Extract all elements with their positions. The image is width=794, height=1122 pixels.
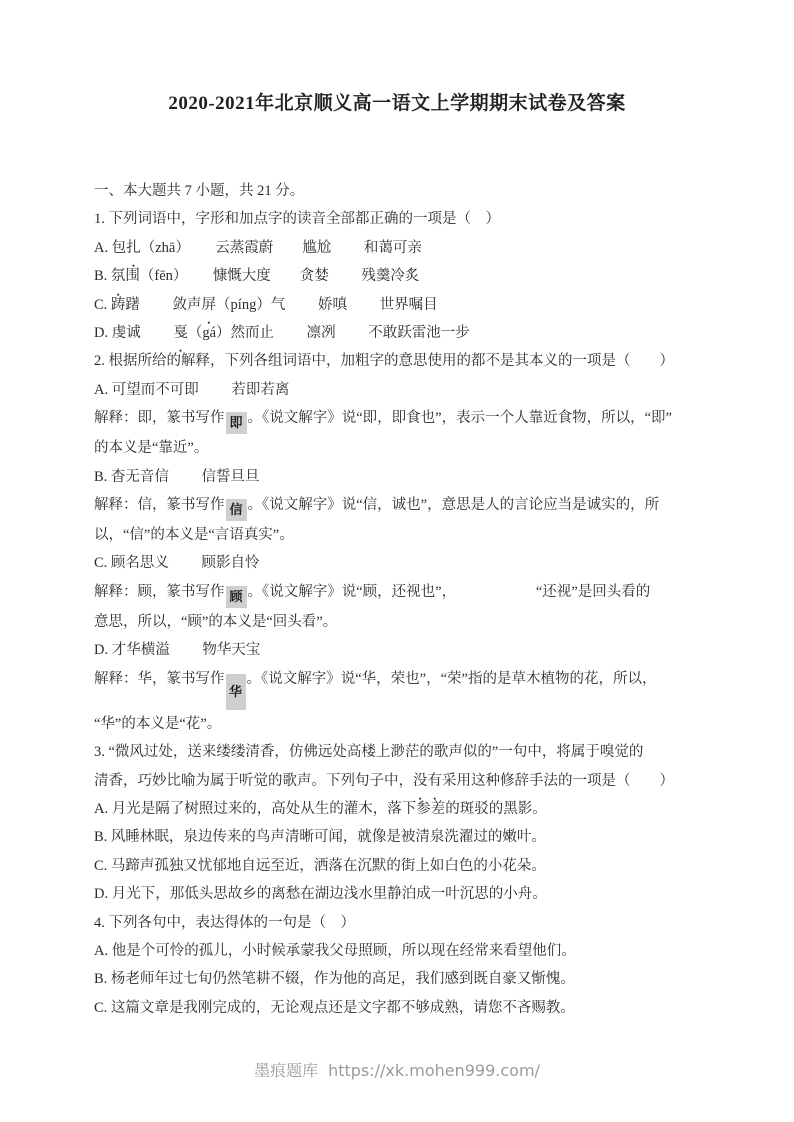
text-run: C. 这篇文章是我刚完成的，无论观点还是文字都不够成熟，请您不吝赐教。 xyxy=(94,1000,575,1016)
question-1-option-c: C. 踌躇 敛声屏（píng）气 娇嗔 世界嘱目 xyxy=(94,291,704,319)
seal-script-image-信: 信 xyxy=(226,499,247,521)
text-run: （zhā） 云蒸霞蔚 尴尬 和蔼可亲 xyxy=(141,240,422,256)
question-3-option-a: A. 月光是隔了树照过来的，高处从生的灌木，落下参差的斑驳的黑影。 xyxy=(94,795,704,823)
explanation-xin-line-2: 以，“信”的本义是“言语真实”。 xyxy=(94,521,704,549)
question-3-option-c: C. 马蹄声孤独又忧郁地自远至近，洒落在沉默的街上如白色的小花朵。 xyxy=(94,852,704,880)
question-3-stem-line-1: 3. “微风过处，送来缕缕清香，仿佛远处高楼上渺茫的歌声似的”一句中，将属于嗅觉… xyxy=(94,738,704,766)
explanation-ji-line-1: 解释：即，篆书写作即。《说文解字》说“即，即食也”，表示一个人靠近食物，所以，“… xyxy=(94,404,704,434)
text-run: A. 可望而不可即 若即若离 xyxy=(94,382,289,398)
text-run: D. 才华横溢 物华天宝 xyxy=(94,642,260,658)
text-run: 1. 下列词语中，字形和加点字的读音全部都正确的一项是（ ） xyxy=(94,211,500,227)
text-run: D. 虔诚 xyxy=(94,325,173,341)
explanation-xin-line-1: 解释：信，篆书写作信。《说文解字》说“信，诚也”，意思是人的言论应当是诚实的，所 xyxy=(94,491,704,521)
text-run: 采用这种修辞手法的一项是（ ） xyxy=(442,773,674,789)
emphasis-dot-char: 戛 xyxy=(173,319,188,347)
footer-site-name: 墨痕题库 xyxy=(254,1061,318,1080)
text-run: 的本义是“靠近”。 xyxy=(94,440,208,456)
text-run: “华”的本义是“花”。 xyxy=(94,716,221,732)
text-run: 。《说文解字》说“信，诚也”，意思是人的言论应当是诚实的，所 xyxy=(248,497,660,513)
question-2-option-c: C. 顾名思义 顾影自怜 xyxy=(94,549,704,577)
question-1-option-d: D. 虔诚 戛（gá）然而止 凛冽 不敢跃雷池一步 xyxy=(94,319,704,347)
text-run: B. xyxy=(94,268,111,284)
text-run: 4. 下列各句中，表达得体的一句是（ ） xyxy=(94,915,355,931)
text-run: B. 杳无音信 信誓旦旦 xyxy=(94,469,260,485)
text-run: 。《说文解字》说“顾，还视也”， “还视”是回头看的 xyxy=(248,584,651,600)
text-run: C. 马蹄声孤独又忧郁地自远至近，洒落在沉默的街上如白色的小花朵。 xyxy=(94,858,546,874)
question-4-option-a: A. 他是个可怜的孤儿，小时候承蒙我父母照顾，所以现在经常来看望他们。 xyxy=(94,937,704,965)
question-4-stem: 4. 下列各句中，表达得体的一句是（ ） xyxy=(94,909,704,937)
text-run: A. 包 xyxy=(94,240,126,256)
section-heading: 一、本大题共 7 小题，共 21 分。 xyxy=(94,177,704,205)
text-run: 一、本大题共 7 小题，共 21 分。 xyxy=(94,183,304,199)
text-run: B. 杨老师年过七旬仍然笔耕不辍，作为他的高足，我们感到既自豪又惭愧。 xyxy=(94,971,575,987)
emphasis-dot-char: 扎 xyxy=(126,234,141,262)
text-run: B. 风睡林眠，泉边传来的鸟声清晰可闻，就像是被清泉洗濯过的嫩叶。 xyxy=(94,829,546,845)
question-1-stem: 1. 下列词语中，字形和加点字的读音全部都正确的一项是（ ） xyxy=(94,205,704,233)
question-1-option-a: A. 包扎（zhā） 云蒸霞蔚 尴尬 和蔼可亲 xyxy=(94,234,704,262)
text-run: 以，“信”的本义是“言语真实”。 xyxy=(94,527,294,543)
text-run: 围（fēn） 慷慨大度 贪婪 残羹冷炙 xyxy=(125,268,419,284)
text-run: （gá）然而止 凛冽 不敢跃雷池一步 xyxy=(188,325,470,341)
question-3-stem-line-2: 清香，巧妙比喻为属于听觉的歌声。下列句子中，没有采用这种修辞手法的一项是（ ） xyxy=(94,767,704,795)
emphasis-dot-char: 没 xyxy=(413,767,428,795)
text-run: 解释：华，篆书写作 xyxy=(94,671,225,687)
explanation-gu-line-1: 解释：顾，篆书写作顾。《说文解字》说“顾，还视也”， “还视”是回头看的 xyxy=(94,578,704,608)
question-4-option-b: B. 杨老师年过七旬仍然笔耕不辍，作为他的高足，我们感到既自豪又惭愧。 xyxy=(94,965,704,993)
text-run: A. 他是个可怜的孤儿，小时候承蒙我父母照顾，所以现在经常来看望他们。 xyxy=(94,943,576,959)
text-run: 解释：即，篆书写作 xyxy=(94,410,225,426)
explanation-hua-line-2: “华”的本义是“花”。 xyxy=(94,710,704,738)
question-3-option-d: D. 月光下，那低头思故乡的离愁在湖边浅水里静泊成一叶沉思的小舟。 xyxy=(94,880,704,908)
emphasis-dot-char: 屏 xyxy=(202,291,217,319)
footer-site-url: https://xk.mohen999.com/ xyxy=(328,1061,540,1080)
text-run: 。《说文解字》说“即，即食也”，表示一个人靠近食物，所以，“即” xyxy=(248,410,673,426)
seal-script-image-即: 即 xyxy=(226,412,247,434)
seal-script-image-顾: 顾 xyxy=(226,586,247,608)
question-1-option-b: B. 氛围（fēn） 慷慨大度 贪婪 残羹冷炙 xyxy=(94,262,704,290)
text-run: D. 月光下，那低头思故乡的离愁在湖边浅水里静泊成一叶沉思的小舟。 xyxy=(94,886,547,902)
text-run: A. 月光是隔了树照过来的，高处从生的灌木，落下参差的斑驳的黑影。 xyxy=(94,801,547,817)
page-footer: 墨痕题库https://xk.mohen999.com/ xyxy=(0,1058,794,1081)
explanation-gu-line-2: 意思，所以，“顾”的本义是“回头看”。 xyxy=(94,608,704,636)
question-4-option-c: C. 这篇文章是我刚完成的，无论观点还是文字都不够成熟，请您不吝赐教。 xyxy=(94,994,704,1022)
emphasis-dot-char: 氛 xyxy=(111,262,126,290)
text-run: （píng）气 娇嗔 世界嘱目 xyxy=(216,297,438,313)
text-run: 清香，巧妙比喻为属于听觉的歌声。下列句子中， xyxy=(94,773,413,789)
text-run: 3. “微风过处，送来缕缕清香，仿佛远处高楼上渺茫的歌声似的”一句中，将属于嗅觉… xyxy=(94,744,643,760)
question-2-option-a: A. 可望而不可即 若即若离 xyxy=(94,376,704,404)
text-run: 意思，所以，“顾”的本义是“回头看”。 xyxy=(94,614,337,630)
seal-script-image-华: 华 xyxy=(226,674,246,710)
page-title: 2020-2021年北京顺义高一语文上学期期末试卷及答案 xyxy=(0,0,794,115)
text-run: 。《说文解字》说“华，荣也”，“荣”指的是草木植物的花，所以， xyxy=(247,671,657,687)
text-run: 解释：信，篆书写作 xyxy=(94,497,225,513)
text-run: C. 顾名思义 顾影自怜 xyxy=(94,555,260,571)
document-lines: 一、本大题共 7 小题，共 21 分。1. 下列词语中，字形和加点字的读音全部都… xyxy=(94,177,704,1022)
question-2-option-b: B. 杳无音信 信誓旦旦 xyxy=(94,463,704,491)
question-3-option-b: B. 风睡林眠，泉边传来的鸟声清晰可闻，就像是被清泉洗濯过的嫩叶。 xyxy=(94,823,704,851)
text-run: 解释：顾，篆书写作 xyxy=(94,584,225,600)
explanation-hua-line-1: 解释：华，篆书写作华。《说文解字》说“华，荣也”，“荣”指的是草木植物的花，所以… xyxy=(94,665,704,710)
question-2-stem: 2. 根据所给的解释，下列各组词语中，加粗字的意思使用的都不是其本义的一项是（ … xyxy=(94,347,704,375)
emphasis-dot-char: 有 xyxy=(428,767,443,795)
text-run: C. 踌躇 敛声 xyxy=(94,297,202,313)
question-2-option-d: D. 才华横溢 物华天宝 xyxy=(94,636,704,664)
explanation-ji-line-2: 的本义是“靠近”。 xyxy=(94,434,704,462)
